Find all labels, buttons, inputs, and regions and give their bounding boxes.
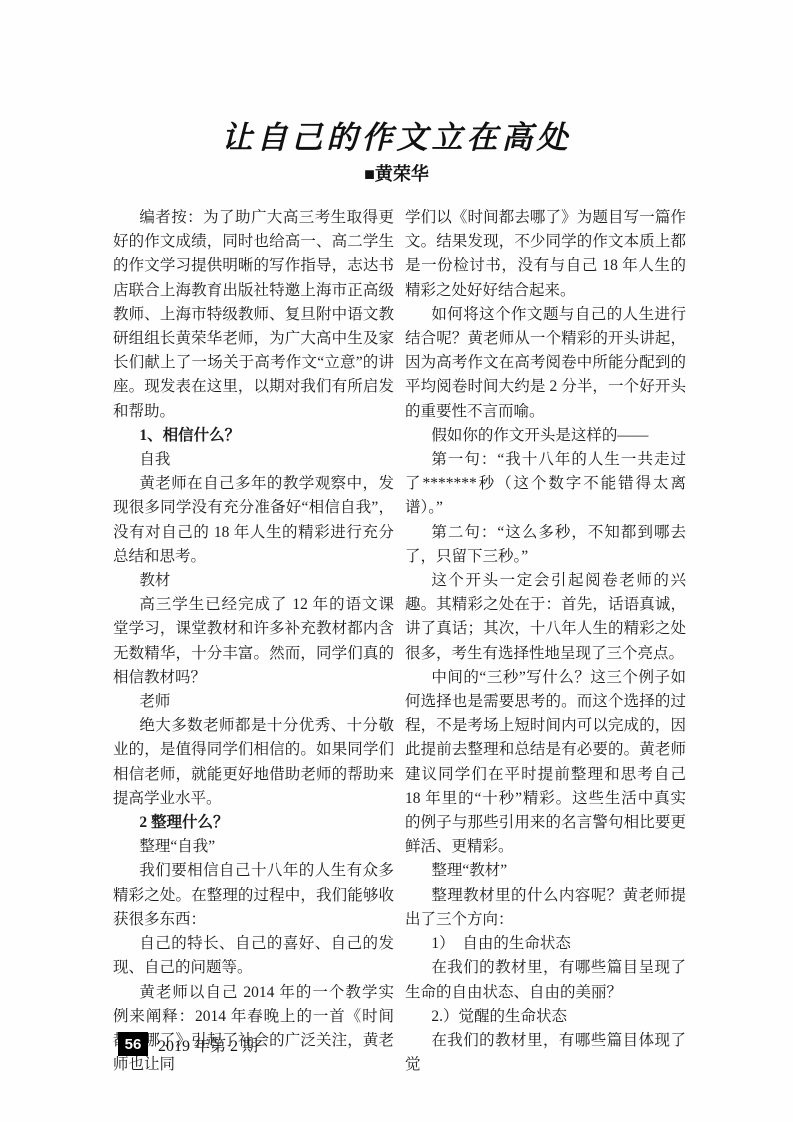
right-column: 学们以《时间都去哪了》为题目写一篇作文。结果发现，不少同学的作文本质上都是一份检… bbox=[405, 206, 686, 1077]
paragraph: 整理教材里的什么内容呢？黄老师提出了三个方向： bbox=[405, 884, 686, 932]
page-footer: 56 2019 年第 2 期 bbox=[118, 1032, 258, 1056]
paragraph: 这个开头一定会引起阅卷老师的兴趣。其精彩之处在于：首先，话语真诚，讲了真话；其次… bbox=[405, 569, 686, 666]
paragraph: 黄老师在自己多年的教学观察中，发现很多同学没有充分准备好“相信自我”，没有对自己… bbox=[113, 472, 394, 569]
list-item: 2.）觉醒的生命状态 bbox=[405, 1005, 686, 1029]
issue-label: 2019 年第 2 期 bbox=[158, 1033, 258, 1056]
paragraph: 中间的“三秒”写什么？这三个例子如何选择也是需要思考的。而这个选择的过程，不是考… bbox=[405, 666, 686, 860]
paragraph: 自己的特长、自己的喜好、自己的发现、自己的问题等。 bbox=[113, 932, 394, 980]
sub-heading: 整理“自我” bbox=[113, 835, 394, 859]
list-item: 1） 自由的生命状态 bbox=[405, 932, 686, 956]
paragraph: 假如你的作文开头是这样的—— bbox=[405, 424, 686, 448]
section-heading: 1、相信什么？ bbox=[113, 424, 394, 448]
paragraph: 我们要相信自己十八年的人生有众多精彩之处。在整理的过程中，我们能够收获很多东西： bbox=[113, 859, 394, 932]
author-byline: ■黄荣华 bbox=[0, 160, 793, 186]
paragraph: 第一句：“我十八年的人生一共走过了*******秒（这个数字不能错得太离谱）。” bbox=[405, 448, 686, 521]
article-title: 让自己的作文立在高处 bbox=[0, 112, 793, 157]
sub-heading: 教材 bbox=[113, 569, 394, 593]
sub-heading: 自我 bbox=[113, 448, 394, 472]
page-number-badge: 56 bbox=[118, 1032, 148, 1056]
paragraph: 第二句：“这么多秒，不知都到哪去了，只留下三秒。” bbox=[405, 521, 686, 569]
paragraph: 绝大多数老师都是十分优秀、十分敬业的，是值得同学们相信的。如果同学们相信老师，就… bbox=[113, 714, 394, 811]
section-heading: 2 整理什么？ bbox=[113, 811, 394, 835]
paragraph: 黄老师以自己 2014 年的一个教学实例来阐释：2014 年春晚上的一首《时间都… bbox=[113, 981, 394, 1078]
left-column: 编者按：为了助广大高三考生取得更好的作文成绩，同时也给高一、高二学生的作文学习提… bbox=[113, 206, 394, 1077]
sub-heading: 老师 bbox=[113, 690, 394, 714]
editor-note: 编者按：为了助广大高三考生取得更好的作文成绩，同时也给高一、高二学生的作文学习提… bbox=[113, 206, 394, 424]
paragraph: 在我们的教材里，有哪些篇目呈现了生命的自由状态、自由的美丽？ bbox=[405, 956, 686, 1004]
article-body: 编者按：为了助广大高三考生取得更好的作文成绩，同时也给高一、高二学生的作文学习提… bbox=[113, 206, 686, 1077]
sub-heading: 整理“教材” bbox=[405, 859, 686, 883]
paragraph: 如何将这个作文题与自己的人生进行结合呢？黄老师从一个精彩的开头讲起，因为高考作文… bbox=[405, 303, 686, 424]
magazine-page: 让自己的作文立在高处 ■黄荣华 编者按：为了助广大高三考生取得更好的作文成绩，同… bbox=[0, 0, 793, 1122]
paragraph-continuation: 学们以《时间都去哪了》为题目写一篇作文。结果发现，不少同学的作文本质上都是一份检… bbox=[405, 206, 686, 303]
paragraph: 高三学生已经完成了 12 年的语文课堂学习，课堂教材和许多补充教材都内含无数精华… bbox=[113, 593, 394, 690]
paragraph: 在我们的教材里，有哪些篇目体现了觉 bbox=[405, 1029, 686, 1077]
